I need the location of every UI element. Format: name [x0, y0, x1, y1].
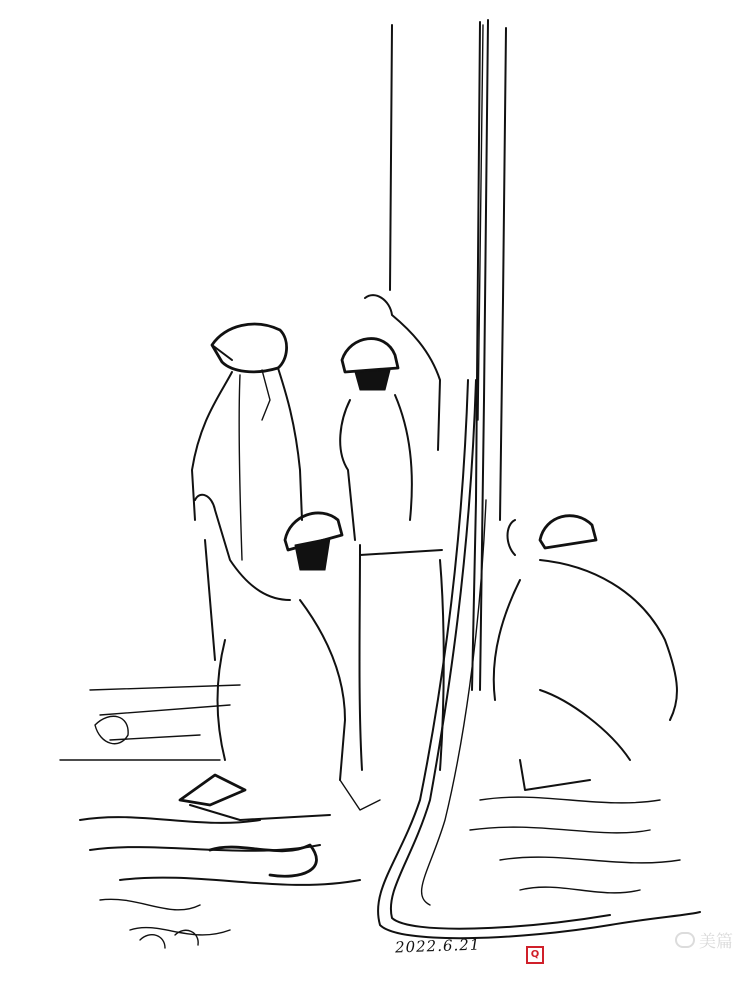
seal-stamp: Q — [526, 946, 544, 964]
artist-signature: 2022.6.21 — [395, 936, 481, 957]
worker-standing-center — [340, 295, 444, 810]
ground-texture — [60, 685, 680, 948]
worker-crouching-right — [494, 516, 677, 790]
meipian-logo-icon — [675, 932, 695, 948]
ink-sketch — [0, 0, 750, 1000]
watermark-label: 美篇 — [699, 927, 733, 952]
cables — [378, 380, 700, 938]
worker-standing-left — [192, 324, 302, 660]
watermark: 美篇 — [675, 927, 733, 952]
pole — [390, 20, 506, 690]
